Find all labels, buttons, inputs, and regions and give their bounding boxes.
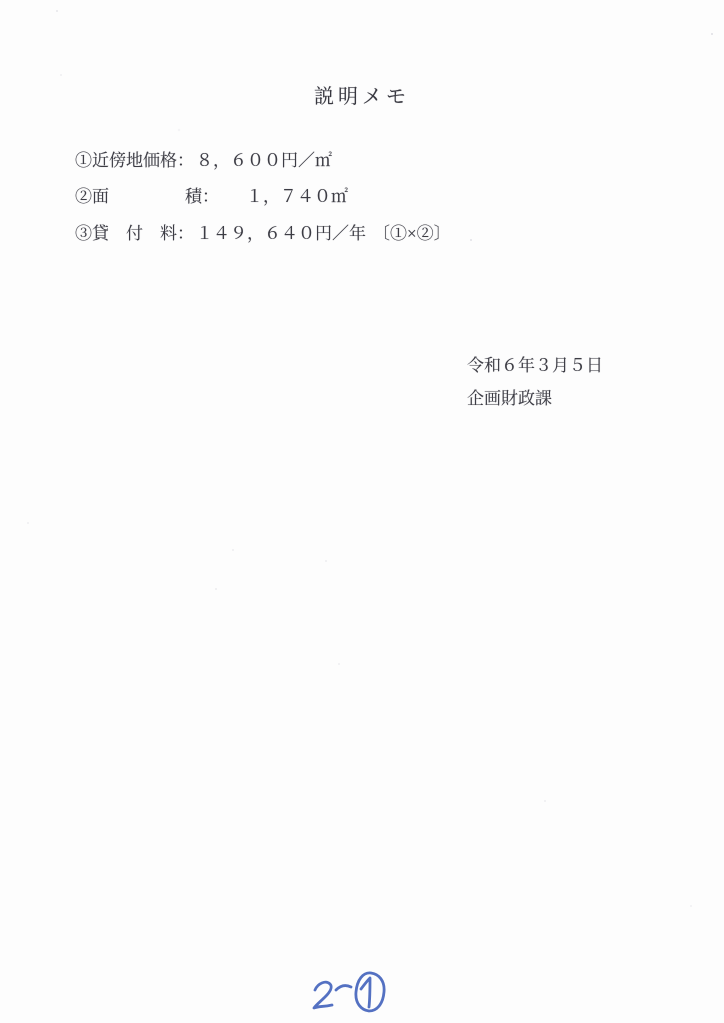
memo-item-value: １４９，６４０円／年: [196, 224, 366, 243]
handwritten-digit-1-stroke: [361, 978, 370, 1007]
date-text: 令和６年３月５日: [467, 356, 603, 376]
department-text: 企画財政課: [467, 389, 552, 409]
memo-line-area: ②面 積： １，７４０㎡: [0, 187, 724, 211]
memo-item-formula-note: 〔①×②〕: [373, 224, 451, 243]
memo-item-label: ③貸 付 料：: [75, 224, 194, 244]
memo-item-value: １，７４０㎡: [246, 187, 348, 207]
scanned-memo-page: 説明メモ ①近傍地価格： ８，６００円／㎡ ②面 積： １，７４０㎡ ③貸 付 …: [0, 0, 724, 1023]
handwritten-dash-stroke: [336, 986, 351, 990]
memo-item-label: ②面: [75, 187, 109, 207]
memo-item-value-group: １４９，６４０円／年〔①×②〕: [196, 224, 451, 244]
scan-noise-specks: [0, 0, 2, 2]
memo-item-label: 積：: [185, 187, 219, 207]
memo-item-label: ①近傍地価格：: [75, 151, 194, 171]
memo-item-value: ８，６００円／㎡: [196, 151, 332, 171]
memo-line-price: ①近傍地価格： ８，６００円／㎡: [0, 151, 724, 175]
memo-line-rent: ③貸 付 料： １４９，６４０円／年〔①×②〕: [0, 224, 724, 248]
handwritten-page-number: [303, 962, 398, 1020]
page-title: 説明メモ: [0, 80, 724, 109]
handwritten-digit-2-stroke: [314, 982, 332, 1008]
